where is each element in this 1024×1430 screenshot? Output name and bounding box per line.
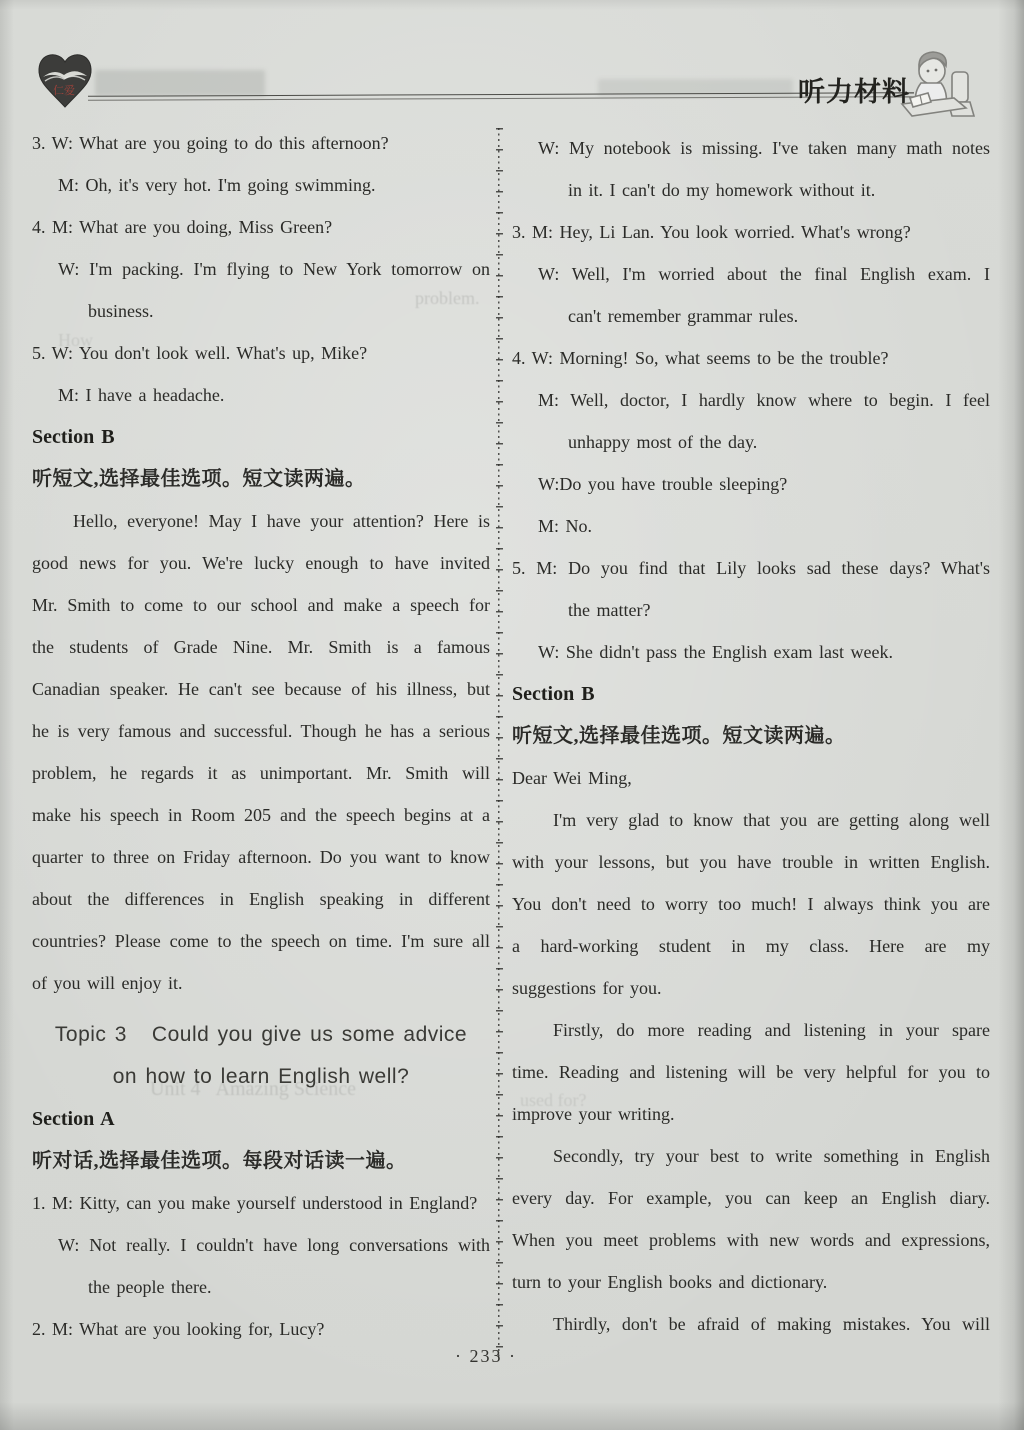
text-line: the students of Grade Nine. Mr. Smith is…	[32, 626, 490, 668]
text-line: Secondly, try your best to write somethi…	[512, 1135, 990, 1177]
text-line: every day. For example, you can keep an …	[512, 1177, 990, 1219]
text-line: W: I'm packing. I'm flying to New York t…	[32, 248, 490, 290]
text-line: countries? Please come to the speech on …	[32, 920, 490, 962]
text-line: good news for you. We're lucky enough to…	[32, 542, 490, 584]
text-line: turn to your English books and dictionar…	[512, 1261, 990, 1303]
text-line: W: Not really. I couldn't have long conv…	[32, 1224, 490, 1266]
right-text-column: W: My notebook is missing. I've taken ma…	[512, 127, 990, 1345]
text-line: Firstly, do more reading and listening i…	[512, 1009, 990, 1051]
heart-book-logo-icon: 仁爱	[36, 52, 94, 121]
text-line: 2. M: What are you looking for, Lucy?	[32, 1308, 490, 1350]
text-line: When you meet problems with new words an…	[512, 1219, 990, 1261]
text-line: on how to learn English well?	[32, 1056, 490, 1098]
left-text-column: 3. W: What are you going to do this afte…	[32, 122, 490, 1350]
text-line: Section B	[512, 673, 990, 715]
text-line: 3. M: Hey, Li Lan. You look worried. Wha…	[512, 211, 990, 253]
text-line: 听短文,选择最佳选项。短文读两遍。	[512, 715, 990, 757]
text-line: business.	[32, 290, 490, 332]
text-line: suggestions for you.	[512, 967, 990, 1009]
text-line: Topic 3 Could you give us some advice	[32, 1014, 490, 1056]
text-line: improve your writing.	[512, 1093, 990, 1135]
text-line: W: My notebook is missing. I've taken ma…	[512, 127, 990, 169]
text-line: of you will enjoy it.	[32, 962, 490, 1004]
text-line: 听对话,选择最佳选项。每段对话读一遍。	[32, 1140, 490, 1182]
text-line: Thirdly, don't be afraid of making mista…	[512, 1303, 990, 1345]
text-line: M: No.	[512, 505, 990, 547]
bleed-through-banner	[95, 70, 265, 96]
text-line: W:Do you have trouble sleeping?	[512, 463, 990, 505]
text-line: 1. M: Kitty, can you make yourself under…	[32, 1182, 490, 1224]
text-line: W: She didn't pass the English exam last…	[512, 631, 990, 673]
text-line: 5. W: You don't look well. What's up, Mi…	[32, 332, 490, 374]
text-line: can't remember grammar rules.	[512, 295, 990, 337]
text-line: a hard-working student in my class. Here…	[512, 925, 990, 967]
student-reading-cartoon-icon	[890, 46, 982, 139]
text-line: You don't need to worry too much! I alwa…	[512, 883, 990, 925]
text-line: time. Reading and listening will be very…	[512, 1051, 990, 1093]
text-line: M: I have a headache.	[32, 374, 490, 416]
text-line: M: Oh, it's very hot. I'm going swimming…	[32, 164, 490, 206]
text-line: Section B	[32, 416, 490, 458]
scanned-book-page: 仁爱 听力材料 problem.U	[0, 0, 1024, 1430]
text-line: 听短文,选择最佳选项。短文读两遍。	[32, 458, 490, 500]
text-line: the matter?	[512, 589, 990, 631]
text-line: I'm very glad to know that you are getti…	[512, 799, 990, 841]
text-line: 3. W: What are you going to do this afte…	[32, 122, 490, 164]
column-divider	[495, 128, 503, 1360]
text-line: Hello, everyone! May I have your attenti…	[32, 500, 490, 542]
svg-text:仁爱: 仁爱	[53, 84, 75, 97]
text-line: Canadian speaker. He can't see because o…	[32, 668, 490, 710]
text-line: about the differences in English speakin…	[32, 878, 490, 920]
text-line: Dear Wei Ming,	[512, 757, 990, 799]
text-line: 5. M: Do you find that Lily looks sad th…	[512, 547, 990, 589]
text-line: he is very famous and successful. Though…	[32, 710, 490, 752]
text-line: problem, he regards it as unimportant. M…	[32, 752, 490, 794]
text-line: Mr. Smith to come to our school and make…	[32, 584, 490, 626]
text-line: the people there.	[32, 1266, 490, 1308]
text-line: W: Well, I'm worried about the final Eng…	[512, 253, 990, 295]
text-line: Section A	[32, 1098, 490, 1140]
text-line: unhappy most of the day.	[512, 421, 990, 463]
page-number: · 233 ·	[0, 1346, 998, 1367]
text-line: 4. W: Morning! So, what seems to be the …	[512, 337, 990, 379]
text-line: in it. I can't do my homework without it…	[512, 169, 990, 211]
text-line: make his speech in Room 205 and the spee…	[32, 794, 490, 836]
text-line: M: Well, doctor, I hardly know where to …	[512, 379, 990, 421]
text-line: with your lessons, but you have trouble …	[512, 841, 990, 883]
text-line: 4. M: What are you doing, Miss Green?	[32, 206, 490, 248]
text-line: quarter to three on Friday afternoon. Do…	[32, 836, 490, 878]
